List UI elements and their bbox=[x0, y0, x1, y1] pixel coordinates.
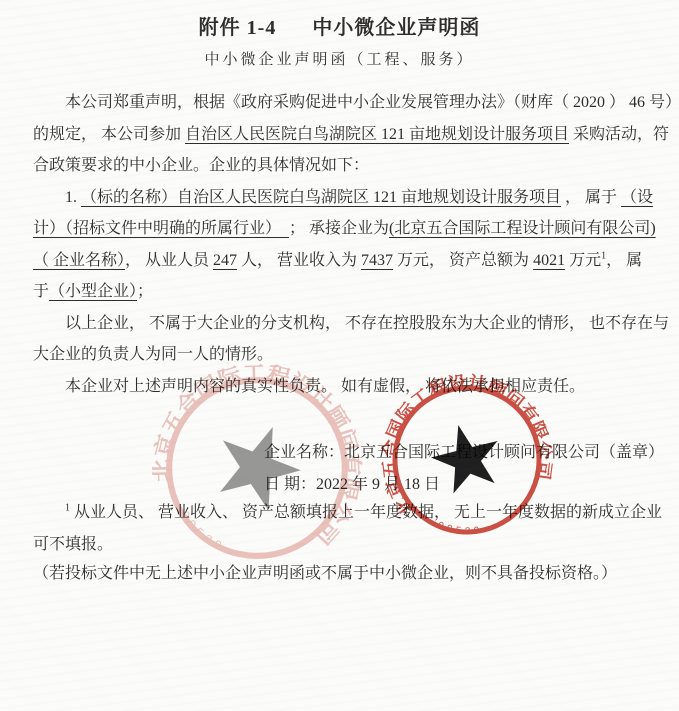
text-line: 大企业的负责人为同一人的情形。 bbox=[33, 339, 659, 371]
footnote-block: 1 从业人员、 营业收入、 资产总额填报上一年度数据， 无上一年度数据的新成立企… bbox=[33, 497, 659, 561]
filled-field: 4021 bbox=[533, 252, 565, 269]
text-segment: 合政策要求的中小企业。企业的具体情况如下： bbox=[33, 157, 369, 174]
text-segment: 采购活动，符 bbox=[569, 126, 669, 143]
text-line: 计）（招标文件中明确的所属行业） ； 承接企业为(北京五合国际工程设计顾问有限公… bbox=[33, 213, 659, 245]
text-segment: 1. bbox=[65, 189, 81, 206]
filled-field: （小型企业） bbox=[49, 283, 137, 300]
text-segment: 人， 营业收入为 bbox=[237, 252, 361, 269]
text-line: 本公司郑重声明，根据《政府采购促进中小企业发展管理办法》（财库（ 2020 ） … bbox=[33, 87, 659, 119]
document-title: 中小微企业声明函 bbox=[312, 11, 480, 40]
document-title-row: 附件 1-4 中小微企业声明函 bbox=[0, 11, 679, 40]
text-segment: 万元， 资产总额为 bbox=[393, 252, 533, 269]
filled-field: （标的名称）自治区人民医院白鸟湖院区 121 亩地规划设计服务项目 bbox=[81, 189, 561, 206]
declaration-document: 附件 1-4 中小微企业声明函 中小微企业声明函（工程、服务） 本公司郑重声明，… bbox=[0, 0, 679, 711]
text-line: 1. （标的名称）自治区人民医院白鸟湖院区 121 亩地规划设计服务项目 ， 属… bbox=[33, 182, 659, 214]
text-segment: ； 承接企业为 bbox=[289, 220, 389, 237]
signature-block: 企业名称：北京五合国际工程设计顾问有限公司（盖章） 日 期：2022 年 9 月… bbox=[264, 437, 664, 500]
text-segment: 的规定， 本公司参加 bbox=[33, 126, 185, 143]
text-segment: 大企业的负责人为同一人的情形。 bbox=[33, 346, 273, 363]
text-line: 的规定， 本公司参加 自治区人民医院白鸟湖院区 121 亩地规划设计服务项目 采… bbox=[33, 119, 659, 151]
date-line: 日 期：2022 年 9 月 18 日 bbox=[264, 469, 664, 501]
attachment-label: 附件 1-4 bbox=[199, 11, 277, 40]
text-segment: 可不填报。 bbox=[33, 536, 113, 553]
filled-field: （ 企业名称） bbox=[33, 252, 125, 269]
filled-field: 计）（招标文件中明确的所属行业） bbox=[33, 220, 289, 237]
text-line: 本企业对上述声明内容的真实性负责。 如有虚假， 将依法承担相应责任。 bbox=[33, 371, 659, 403]
qualification-note: （若投标文件中无上述中小企业声明函或不属于中小微企业，则不具备投标资格。） bbox=[33, 558, 617, 590]
text-segment: 于 bbox=[33, 283, 49, 300]
text-line: 于（小型企业）； bbox=[33, 276, 659, 308]
company-name-line: 企业名称：北京五合国际工程设计顾问有限公司（盖章） bbox=[264, 437, 664, 469]
filled-field: 247 bbox=[213, 252, 237, 269]
text-segment: 本企业对上述声明内容的真实性负责。 如有虚假， 将依法承担相应责任。 bbox=[65, 378, 585, 395]
text-line: （ 企业名称）， 从业人员 247 人， 营业收入为 7437 万元， 资产总额… bbox=[33, 245, 659, 277]
body-lines: 本公司郑重声明，根据《政府采购促进中小企业发展管理办法》（财库（ 2020 ） … bbox=[33, 87, 659, 402]
text-segment: ， 属于 bbox=[561, 189, 621, 206]
text-line: 1 从业人员、 营业收入、 资产总额填报上一年度数据， 无上一年度数据的新成立企… bbox=[33, 497, 659, 529]
text-segment: 万元 bbox=[565, 252, 601, 269]
text-line: 合政策要求的中小企业。企业的具体情况如下： bbox=[33, 150, 659, 182]
text-segment: 本公司郑重声明，根据《政府采购促进中小企业发展管理办法》（财库（ 2020 ） … bbox=[65, 94, 679, 111]
document-subtitle: 中小微企业声明函（工程、服务） bbox=[0, 48, 679, 69]
text-line: 以上企业， 不属于大企业的分支机构， 不存在控股股东为大企业的情形， 也不存在与 bbox=[33, 308, 659, 340]
filled-field: 7437 bbox=[361, 252, 393, 269]
text-segment: 从业人员、 营业收入、 资产总额填报上一年度数据， 无上一年度数据的新成立企业 bbox=[70, 504, 662, 521]
text-segment: ； bbox=[137, 283, 153, 300]
filled-field: (北京五合国际工程设计顾问有限公司) bbox=[389, 220, 656, 237]
filled-field: 自治区人民医院白鸟湖院区 121 亩地规划设计服务项目 bbox=[185, 126, 569, 143]
text-segment: ， 从业人员 bbox=[125, 252, 213, 269]
filled-field: （设 bbox=[621, 189, 653, 206]
text-line: 可不填报。 bbox=[33, 529, 659, 561]
text-segment: 以上企业， 不属于大企业的分支机构， 不存在控股股东为大企业的情形， 也不存在与 bbox=[65, 315, 669, 332]
text-segment: ， 属 bbox=[606, 252, 642, 269]
